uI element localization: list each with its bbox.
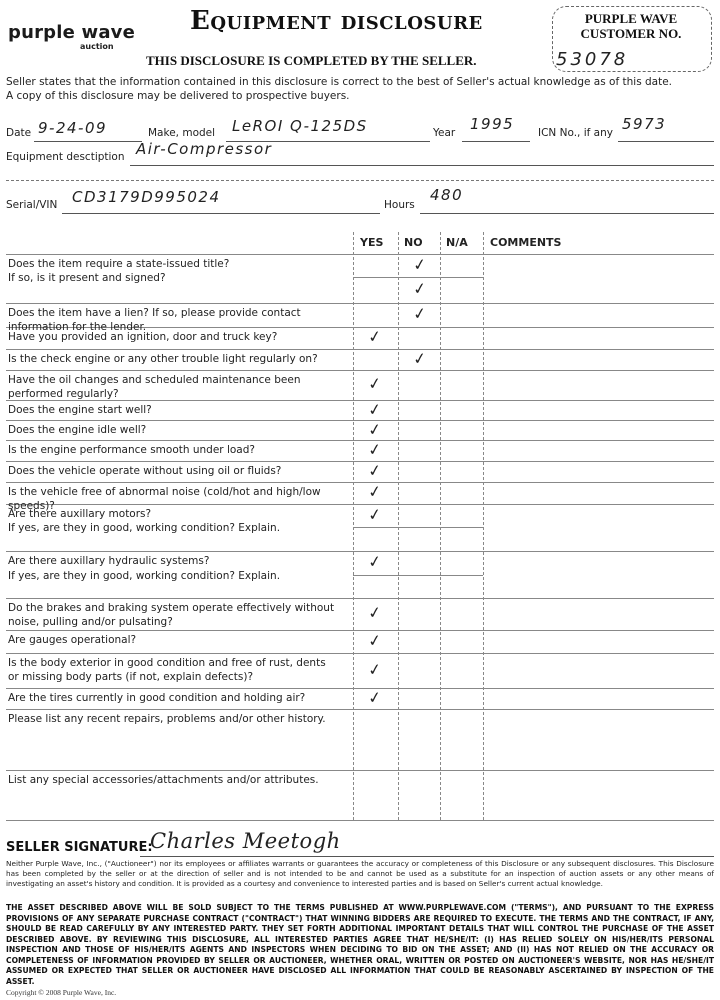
answer-cell-na[interactable] — [441, 630, 483, 653]
answer-cell-yes[interactable]: ✓ — [354, 551, 398, 575]
check-mark-icon: ✓ — [367, 419, 383, 440]
comments-cell[interactable] — [484, 349, 714, 370]
check-mark-icon: ✓ — [412, 303, 428, 324]
answer-cell-na[interactable] — [441, 482, 483, 504]
answer-cell-no[interactable]: ✓ — [399, 303, 440, 327]
comments-cell[interactable] — [484, 327, 714, 349]
serial-vin-value: CD3179D995024 — [72, 188, 221, 206]
answer-cell-no[interactable] — [399, 482, 440, 504]
answer-cell-no[interactable] — [399, 420, 440, 440]
equipment-description-value: Air-Compressor — [136, 140, 272, 158]
check-mark-icon: ✓ — [412, 348, 428, 369]
answer-cell-na[interactable] — [441, 709, 483, 770]
answer-cell-na[interactable] — [441, 770, 483, 820]
serial-vin-label: Serial/VIN — [6, 199, 57, 211]
check-mark-icon: ✓ — [367, 504, 383, 525]
answer-cell-yes[interactable] — [354, 277, 398, 303]
column-header-comments: COMMENTS — [490, 236, 561, 249]
answer-cell-na[interactable] — [441, 688, 483, 709]
answer-cell-na[interactable] — [441, 551, 483, 575]
answer-cell-yes[interactable]: ✓ — [354, 482, 398, 504]
comments-cell[interactable] — [484, 527, 714, 551]
answer-cell-yes[interactable] — [354, 770, 398, 820]
answer-cell-yes[interactable]: ✓ — [354, 420, 398, 440]
check-mark-icon: ✓ — [367, 460, 383, 481]
question-text: Does the engine idle well? — [8, 423, 353, 437]
column-header-yes: YES — [360, 236, 383, 249]
check-mark-icon: ✓ — [412, 278, 428, 299]
question-text: List any special accessories/attachments… — [8, 773, 353, 787]
comments-cell[interactable] — [484, 630, 714, 653]
comments-cell[interactable] — [484, 440, 714, 461]
answer-cell-no[interactable] — [399, 400, 440, 420]
answer-cell-no[interactable] — [399, 653, 440, 688]
year-label: Year — [433, 127, 455, 139]
comments-cell[interactable] — [484, 770, 714, 820]
answer-cell-no[interactable] — [399, 527, 440, 551]
answer-cell-yes[interactable] — [354, 709, 398, 770]
answer-cell-yes[interactable]: ✓ — [354, 440, 398, 461]
answer-cell-yes[interactable]: ✓ — [354, 461, 398, 482]
check-mark-icon: ✓ — [367, 399, 383, 420]
answer-cell-na[interactable] — [441, 527, 483, 551]
answer-cell-no[interactable] — [399, 770, 440, 820]
page-subtitle: THIS DISCLOSURE IS COMPLETED BY THE SELL… — [146, 53, 477, 69]
question-text: Have the oil changes and scheduled maint… — [8, 373, 338, 401]
answer-cell-no[interactable] — [399, 551, 440, 575]
make-model-value: LeROI Q-125DS — [232, 117, 368, 135]
answer-cell-na[interactable] — [441, 504, 483, 527]
answer-cell-yes[interactable]: ✓ — [354, 327, 398, 349]
answer-cell-na[interactable] — [441, 400, 483, 420]
answer-cell-yes[interactable] — [354, 303, 398, 327]
check-mark-icon: ✓ — [367, 630, 383, 651]
check-mark-icon: ✓ — [367, 551, 383, 572]
check-mark-icon: ✓ — [412, 254, 428, 275]
answer-cell-no[interactable] — [399, 370, 440, 400]
question-text: Have you provided an ignition, door and … — [8, 330, 353, 344]
comments-cell[interactable] — [484, 370, 714, 400]
equipment-description-label: Equipment desctiption — [6, 151, 125, 163]
answer-cell-na[interactable] — [441, 327, 483, 349]
question-text: Do the brakes and braking system operate… — [8, 601, 338, 629]
check-mark-icon: ✓ — [367, 326, 383, 347]
answer-cell-no[interactable] — [399, 461, 440, 482]
date-label: Date — [6, 127, 31, 139]
answer-cell-yes[interactable] — [354, 575, 398, 598]
icn-label: ICN No., if any — [538, 127, 613, 139]
comments-cell[interactable] — [484, 303, 714, 327]
customer-number-label: PURPLE WAVE CUSTOMER NO. — [552, 11, 710, 41]
question-text: Please list any recent repairs, problems… — [8, 712, 353, 726]
answer-cell-no[interactable] — [399, 709, 440, 770]
page-title: Equipment disclosure — [190, 6, 483, 36]
answer-cell-yes[interactable]: ✓ — [354, 630, 398, 653]
comments-cell[interactable] — [484, 461, 714, 482]
description-continuation-line — [6, 180, 714, 181]
answer-cell-na[interactable] — [441, 277, 483, 303]
answer-cell-na[interactable] — [441, 420, 483, 440]
year-value: 1995 — [470, 115, 514, 133]
comments-cell[interactable] — [484, 420, 714, 440]
intro-line1: Seller states that the information conta… — [6, 75, 672, 89]
copyright-text: Copyright © 2008 Purple Wave, Inc. — [6, 988, 116, 997]
answer-cell-no[interactable] — [399, 575, 440, 598]
check-mark-icon: ✓ — [367, 373, 383, 394]
question-text: Does the engine start well? — [8, 403, 353, 417]
hours-value: 480 — [430, 186, 463, 204]
question-text: Are there auxillary motors? — [8, 507, 353, 521]
seller-signature-value: Charles Meetogh — [150, 829, 341, 853]
question-text: If so, is it present and signed? — [8, 271, 353, 285]
answer-cell-na[interactable] — [441, 349, 483, 370]
answer-cell-yes[interactable]: ✓ — [354, 370, 398, 400]
seller-signature-field[interactable] — [140, 856, 714, 857]
answer-cell-na[interactable] — [441, 461, 483, 482]
question-text: Are there auxillary hydraulic systems? — [8, 554, 353, 568]
answer-cell-yes[interactable]: ✓ — [354, 653, 398, 688]
answer-cell-yes[interactable]: ✓ — [354, 598, 398, 630]
comments-cell[interactable] — [484, 598, 714, 630]
answer-cell-no[interactable] — [399, 598, 440, 630]
intro-statement: Seller states that the information conta… — [6, 75, 672, 103]
question-text: Does the vehicle operate without using o… — [8, 464, 353, 478]
comments-cell[interactable] — [484, 575, 714, 598]
row-divider — [6, 820, 714, 821]
answer-cell-yes[interactable] — [354, 349, 398, 370]
question-text: Is the check engine or any other trouble… — [8, 352, 353, 366]
answer-cell-no[interactable]: ✓ — [399, 277, 440, 303]
answer-cell-no[interactable] — [399, 504, 440, 527]
answer-cell-na[interactable] — [441, 598, 483, 630]
comments-cell[interactable] — [484, 653, 714, 688]
answer-cell-no[interactable] — [399, 440, 440, 461]
comments-cell[interactable] — [484, 254, 714, 277]
terms-text: THE ASSET DESCRIBED ABOVE WILL BE SOLD S… — [6, 903, 714, 987]
hours-label: Hours — [384, 199, 415, 211]
comments-cell[interactable] — [484, 709, 714, 770]
question-text: Is the body exterior in good condition a… — [8, 656, 338, 684]
answer-cell-na[interactable] — [441, 303, 483, 327]
answer-cell-na[interactable] — [441, 254, 483, 277]
disclaimer-text: Neither Purple Wave, Inc., ("Auctioneer"… — [6, 859, 714, 889]
date-value: 9-24-09 — [38, 119, 107, 137]
question-text: Is the engine performance smooth under l… — [8, 443, 353, 457]
answer-cell-na[interactable] — [441, 653, 483, 688]
column-header-no: NO — [404, 236, 423, 249]
hours-field[interactable] — [420, 199, 714, 214]
check-mark-icon: ✓ — [367, 481, 383, 502]
answer-cell-yes[interactable] — [354, 527, 398, 551]
check-mark-icon: ✓ — [367, 659, 383, 680]
answer-cell-yes[interactable] — [354, 254, 398, 277]
purple-wave-logo: purple wave — [8, 22, 135, 43]
check-mark-icon: ✓ — [367, 602, 383, 623]
customer-label-line1: PURPLE WAVE — [552, 11, 710, 26]
comments-cell[interactable] — [484, 551, 714, 575]
intro-line2: A copy of this disclosure may be deliver… — [6, 89, 672, 103]
question-text: If yes, are they in good, working condit… — [8, 521, 353, 535]
answer-cell-no[interactable] — [399, 630, 440, 653]
make-model-label: Make, model — [148, 127, 215, 139]
check-mark-icon: ✓ — [367, 687, 383, 708]
answer-cell-na[interactable] — [441, 575, 483, 598]
comments-cell[interactable] — [484, 277, 714, 303]
comments-cell[interactable] — [484, 482, 714, 504]
purple-wave-logo-subtitle: auction — [80, 42, 114, 51]
answer-cell-no[interactable] — [399, 688, 440, 709]
question-text: Are gauges operational? — [8, 633, 353, 647]
answer-cell-no[interactable] — [399, 327, 440, 349]
answer-cell-yes[interactable]: ✓ — [354, 504, 398, 527]
question-text: Are the tires currently in good conditio… — [8, 691, 353, 705]
column-header-na: N/A — [446, 236, 468, 249]
answer-cell-no[interactable]: ✓ — [399, 349, 440, 370]
customer-label-line2: CUSTOMER NO. — [552, 26, 710, 41]
answer-cell-yes[interactable]: ✓ — [354, 688, 398, 709]
comments-cell[interactable] — [484, 504, 714, 527]
answer-cell-na[interactable] — [441, 370, 483, 400]
question-text: If yes, are they in good, working condit… — [8, 569, 353, 583]
seller-signature-label: SELLER SIGNATURE: — [6, 840, 153, 855]
customer-number-value[interactable]: 53078 — [556, 49, 628, 70]
answer-cell-yes[interactable]: ✓ — [354, 400, 398, 420]
comments-cell[interactable] — [484, 688, 714, 709]
answer-cell-na[interactable] — [441, 440, 483, 461]
answer-cell-no[interactable]: ✓ — [399, 254, 440, 277]
question-text: Does the item require a state-issued tit… — [8, 257, 353, 271]
comments-cell[interactable] — [484, 400, 714, 420]
check-mark-icon: ✓ — [367, 439, 383, 460]
icn-value: 5973 — [622, 115, 666, 133]
